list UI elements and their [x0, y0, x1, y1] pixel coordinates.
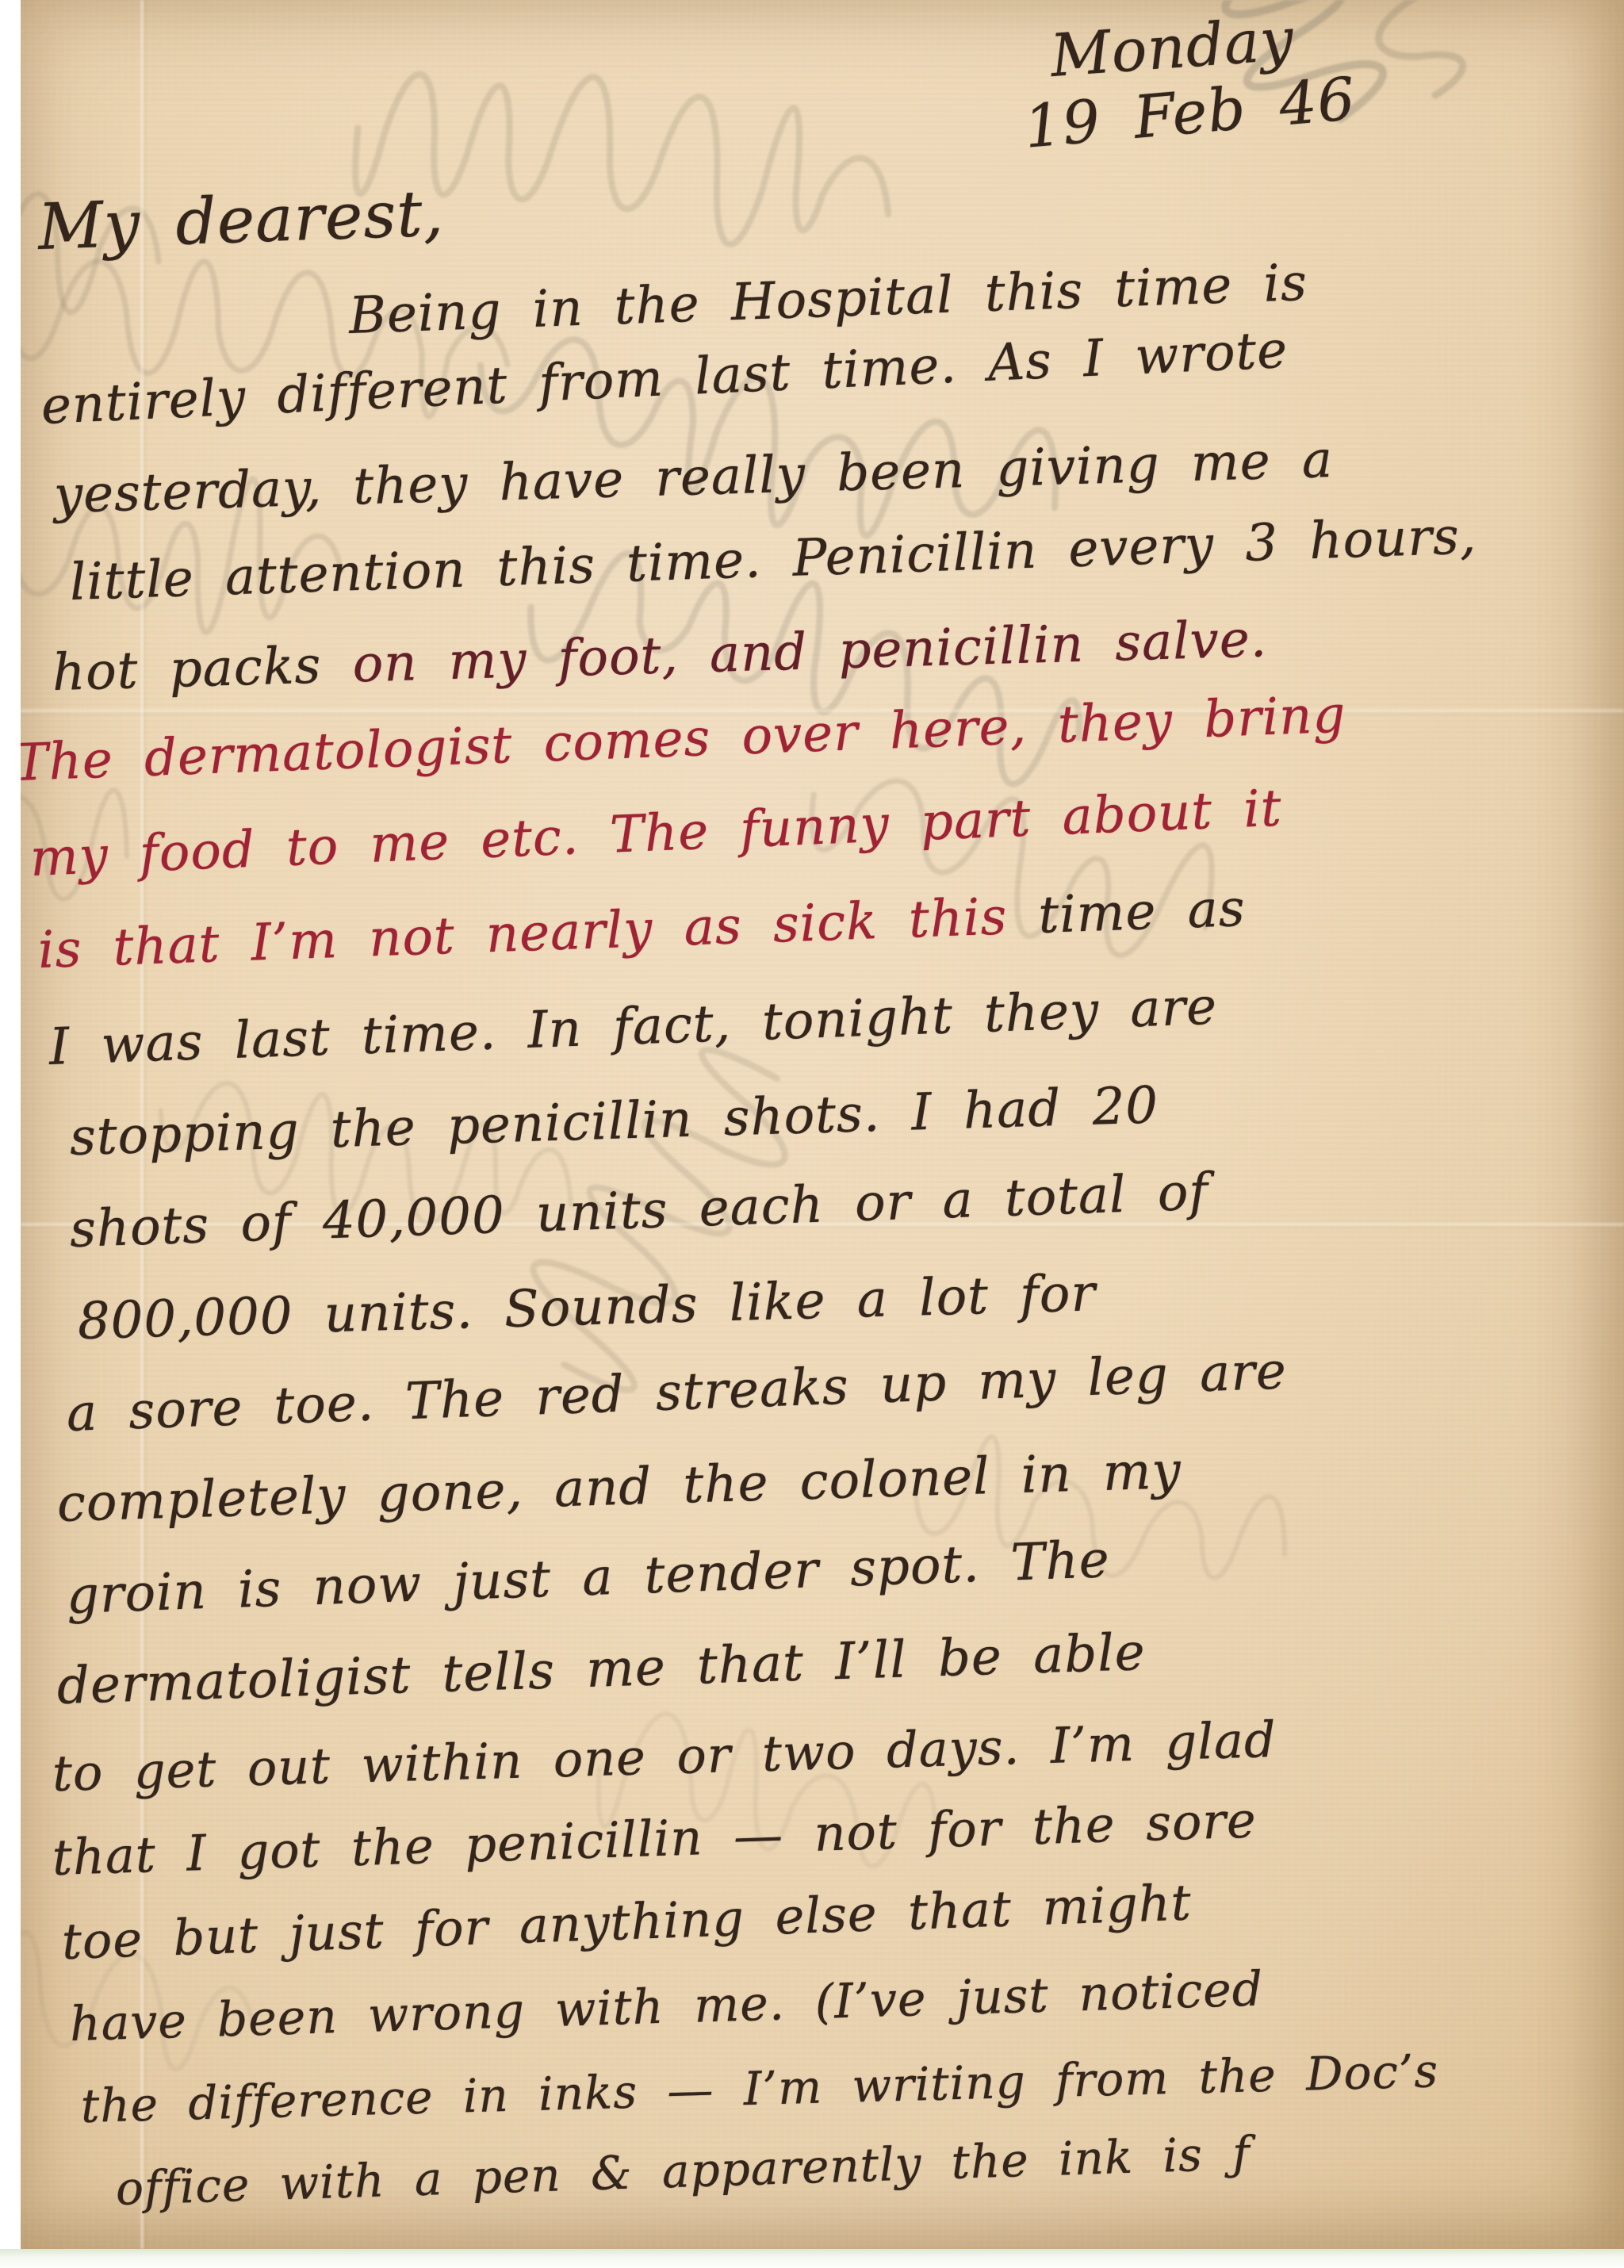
letter-line-segment: time as — [1037, 879, 1247, 945]
salutation: My dearest, — [36, 176, 445, 264]
letter-line-segment: hot packs — [52, 635, 354, 703]
letter-scan: Monday 19 Feb 46 My dearest, Being in th… — [0, 0, 1624, 2268]
scan-edge-left — [0, 0, 21, 2268]
scan-edge-bottom — [0, 2249, 1624, 2268]
